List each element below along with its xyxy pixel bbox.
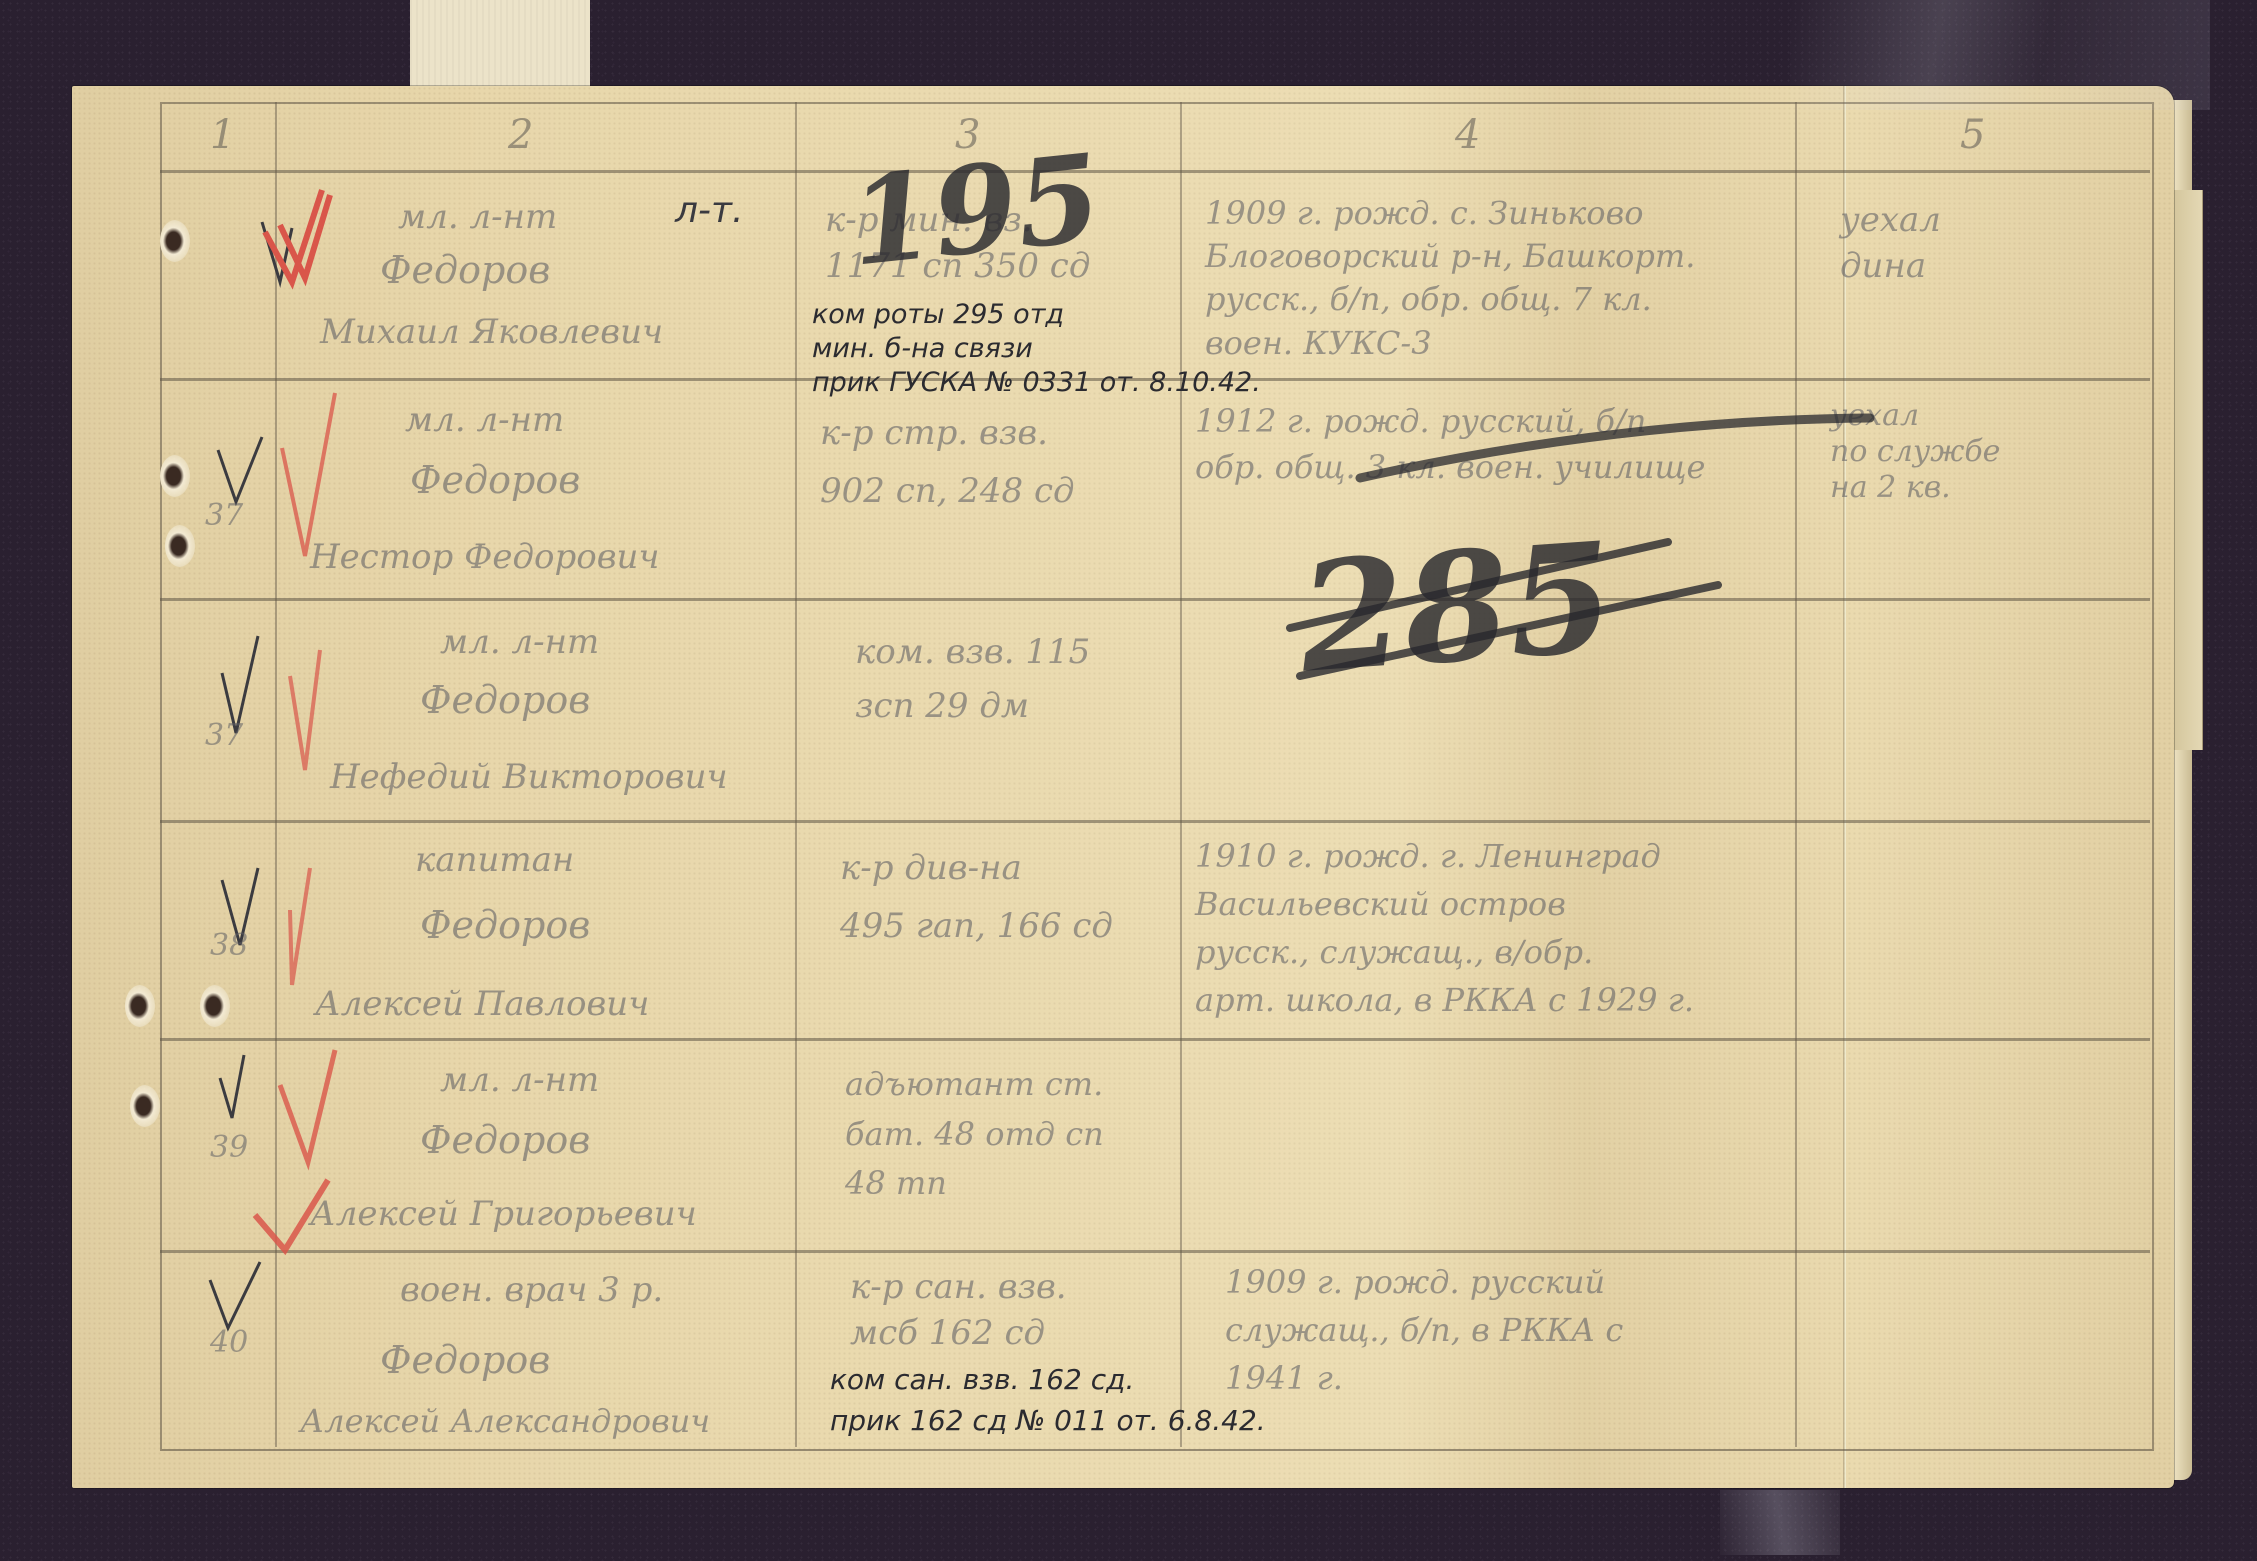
position: к-р див-на 495 гап, 166 сд — [840, 840, 1113, 956]
rank: воен. врач 3 р. — [400, 1268, 663, 1314]
protective-sleeve-top — [1790, 0, 2210, 110]
position: ком. взв. 115 зсп 29 дм — [855, 625, 1090, 734]
name-patronymic: Алексей Григорьевич — [310, 1192, 697, 1238]
position: адъютант ст. бат. 48 отд сп 48 тп — [845, 1060, 1104, 1209]
rank: капитан — [415, 838, 574, 884]
name-patronymic: Нефедий Викторович — [330, 755, 728, 801]
protective-sleeve-bottom — [1720, 1490, 1840, 1555]
surname: Федоров — [420, 1115, 590, 1166]
rank: мл. л-нт — [440, 620, 599, 666]
name-patronymic: Алексей Александрович — [300, 1400, 710, 1443]
biography: 1909 г. рожд. русский служащ., б/п, в РК… — [1225, 1258, 1623, 1402]
position-note: ком сан. взв. 162 сд. прик 162 сд № 011 … — [830, 1360, 1266, 1441]
name-patronymic: Алексей Павлович — [315, 982, 649, 1028]
surname: Федоров — [420, 675, 590, 726]
surname: Федоров — [380, 1335, 550, 1386]
position: к-р сан. взв. мсб 162 сд — [850, 1265, 1067, 1357]
rank: мл. л-нт — [440, 1058, 599, 1104]
surname: Федоров — [420, 900, 590, 951]
biography: 1910 г. рожд. г. Ленинград Васильевский … — [1195, 832, 1694, 1024]
